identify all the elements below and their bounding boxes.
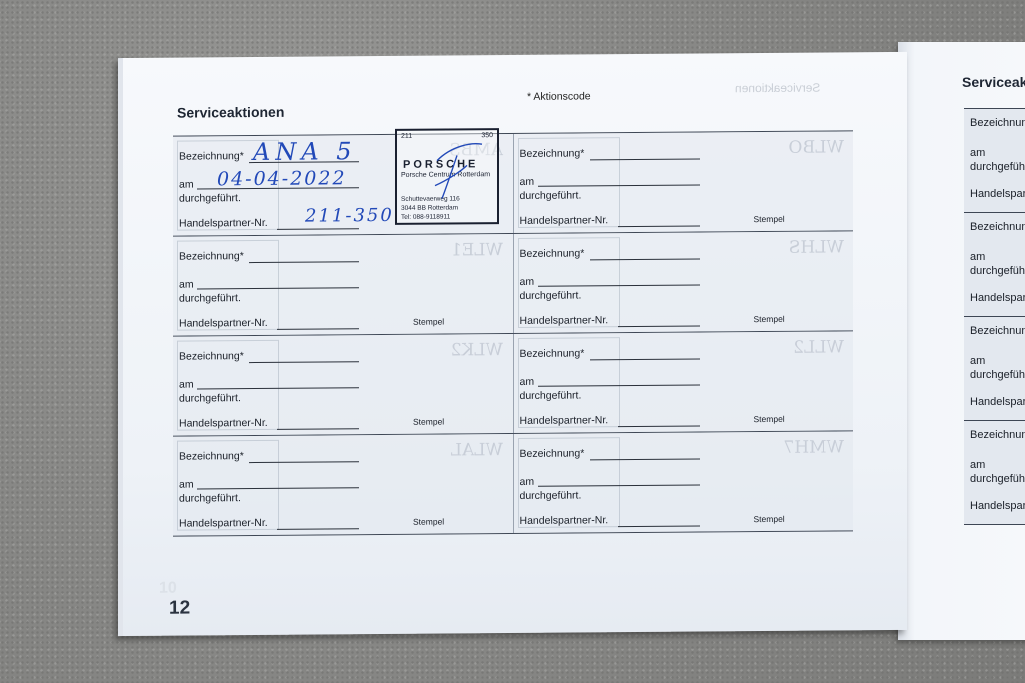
service-entry[interactable]: WMH7Bezeichnung*amdurchgeführt.Handelspa… (513, 431, 854, 533)
page-title: Serviceaktionen (177, 104, 284, 121)
stamp-label: Stempel (413, 517, 444, 527)
performed-label: durchgeführt. (179, 292, 241, 304)
designation-field[interactable] (590, 259, 700, 261)
date-label: am (179, 279, 194, 291)
date-label: am (179, 179, 194, 191)
service-row: WLE1Bezeichnung*amdurchgeführt.Handelspa… (173, 231, 853, 336)
right-entry: Bezeichnung am durchgeführt. Handelspart… (964, 421, 1025, 525)
dealer-no-label: Handelspartner-Nr. (179, 317, 268, 330)
service-entry[interactable]: WLHSBezeichnung*amdurchgeführt.Handelspa… (513, 231, 854, 333)
show-through-text: WLE1 (373, 240, 503, 327)
stamp-label: Stempel (754, 214, 785, 224)
dealer-no-label: Handelspartner-Nr. (179, 417, 268, 430)
designation-field[interactable] (590, 159, 700, 161)
dealer-no-label: Handelspartner-Nr. (179, 217, 268, 230)
date-value: 04-04-2022 (217, 167, 347, 190)
show-through-title: Serviceaktionen (735, 81, 820, 96)
service-row: AMBSBezeichnung*amdurchgeführt.Handelspa… (173, 131, 853, 236)
stamp-label: Stempel (754, 414, 785, 424)
dealer-no-field[interactable] (618, 526, 700, 528)
signature-icon (427, 140, 487, 200)
service-grid: AMBSBezeichnung*amdurchgeführt.Handelspa… (173, 130, 853, 536)
dealer-no-label: Handelspartner-Nr. (520, 214, 609, 227)
service-entry[interactable]: WLBOBezeichnung*amdurchgeführt.Handelspa… (513, 131, 854, 233)
performed-label: durchgeführt. (520, 189, 582, 201)
designation-label: Bezeichnung* (520, 447, 585, 460)
designation-label: Bezeichnung* (520, 147, 585, 160)
designation-field[interactable] (590, 459, 700, 461)
service-entry[interactable]: WLK2Bezeichnung*amdurchgeführt.Handelspa… (173, 334, 513, 436)
performed-label: durchgeführt. (179, 492, 241, 504)
date-label: am (520, 176, 535, 188)
dealer-no-label: Handelspartner-Nr. (520, 314, 609, 327)
stamp-label: Stempel (413, 317, 444, 327)
designation-label: Bezeichnung* (179, 450, 244, 463)
dealer-no-field[interactable] (277, 428, 359, 430)
right-service-grid: Bezeichnung am durchgeführt. Handelspart… (964, 108, 1025, 525)
date-label: am (520, 376, 535, 388)
dealer-no-field[interactable] (618, 326, 700, 328)
service-entry[interactable]: WLALBezeichnung*amdurchgeführt.Handelspa… (173, 434, 513, 536)
dealer-stamp: 211 350 PORSCHE Porsche Centrum Rotterda… (395, 128, 499, 225)
designation-label: Bezeichnung* (179, 250, 244, 263)
right-entry: Bezeichnung am durchgeführt. Handelspart… (964, 213, 1025, 317)
dealer-no-field[interactable] (618, 426, 700, 428)
dealer-no-label: Handelspartner-Nr. (179, 517, 268, 530)
right-entry: Bezeichnung am durchgeführt. Handelspart… (964, 109, 1025, 213)
service-row: WLK2Bezeichnung*amdurchgeführt.Handelspa… (173, 331, 853, 436)
dealer-no-field[interactable] (277, 228, 359, 230)
dealer-no-label: Handelspartner-Nr. (520, 414, 609, 427)
dealer-no-value: 211-350 (305, 205, 394, 227)
performed-label: durchgeführt. (520, 489, 582, 501)
stamp-label: Stempel (754, 314, 785, 324)
show-through-text: WMH7 (714, 437, 844, 524)
performed-label: durchgeführt. (520, 289, 582, 301)
date-label: am (520, 276, 535, 288)
designation-label: Bezeichnung* (179, 150, 244, 163)
right-entry: Bezeichnung am durchgeführt. Handelspart… (964, 317, 1025, 421)
date-label: am (520, 476, 535, 488)
service-entry[interactable]: WLE1Bezeichnung*amdurchgeführt.Handelspa… (173, 234, 513, 336)
designation-field[interactable] (249, 261, 359, 263)
date-label: am (179, 379, 194, 391)
stamp-label: Stempel (754, 514, 785, 524)
dealer-no-field[interactable] (618, 226, 700, 228)
designation-label: Bezeichnung* (520, 247, 585, 260)
dealer-no-field[interactable] (277, 528, 359, 530)
left-page: Serviceaktionen * Aktionscode Serviceakt… (118, 52, 907, 636)
designation-label: Bezeichnung* (179, 350, 244, 363)
stamp-label: Stempel (413, 417, 444, 427)
service-row: WLALBezeichnung*amdurchgeführt.Handelspa… (173, 431, 853, 536)
performed-label: durchgeführt. (179, 392, 241, 404)
page-number: 12 (169, 598, 190, 620)
footnote: * Aktionscode (527, 90, 591, 102)
show-through-page-number: 10 (159, 580, 177, 598)
performed-label: durchgeführt. (179, 192, 241, 204)
show-through-text: WLAL (373, 440, 503, 527)
designation-field[interactable] (249, 361, 359, 363)
performed-label: durchgeführt. (520, 389, 582, 401)
show-through-text: WLHS (714, 237, 844, 324)
dealer-no-field[interactable] (277, 328, 359, 330)
designation-label: Bezeichnung* (520, 347, 585, 360)
designation-value: ANA 5 (253, 137, 357, 166)
right-page: Serviceaktionen Bezeichnung am durchgefü… (898, 42, 1025, 640)
show-through-text: WLL2 (714, 337, 844, 424)
service-entry[interactable]: WLL2Bezeichnung*amdurchgeführt.Handelspa… (513, 331, 854, 433)
dealer-no-label: Handelspartner-Nr. (520, 514, 609, 527)
designation-field[interactable] (249, 461, 359, 463)
date-label: am (179, 479, 194, 491)
designation-field[interactable] (590, 359, 700, 361)
right-page-title: Serviceaktionen (962, 74, 1025, 90)
show-through-text: WLK2 (373, 340, 503, 427)
show-through-text: WLBO (714, 137, 844, 224)
